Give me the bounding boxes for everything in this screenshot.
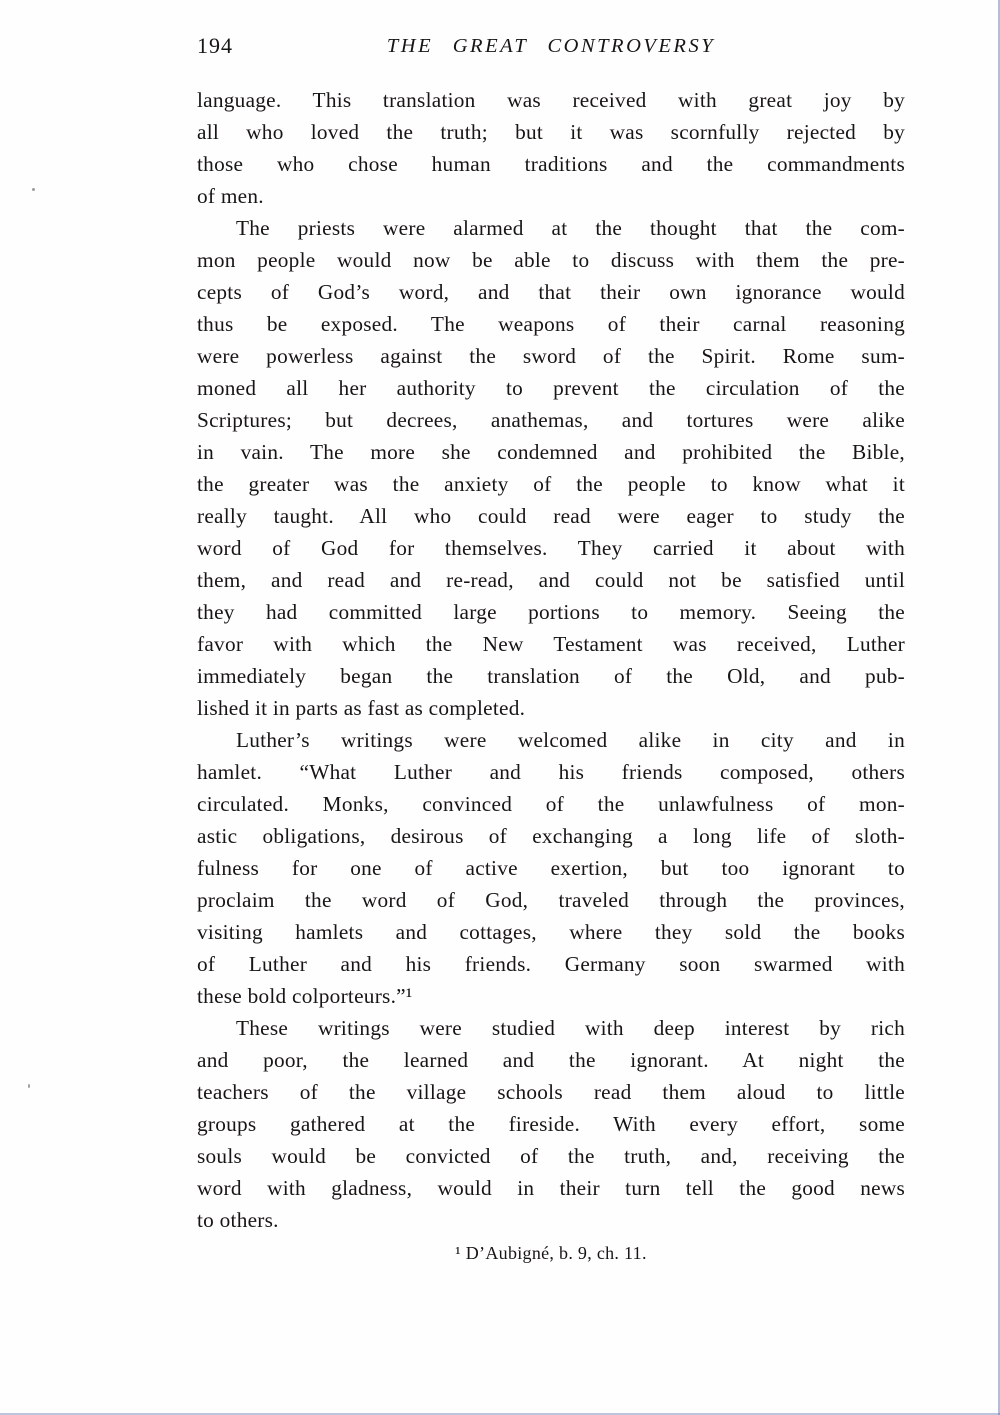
text-line: were powerless against the sword of the … (197, 340, 905, 372)
paragraph: These writings were studied with deep in… (197, 1012, 905, 1236)
text-line: These writings were studied with deep in… (197, 1012, 905, 1044)
paragraph: language. This translation was received … (197, 84, 905, 212)
text-line: souls would be convicted of the truth, a… (197, 1140, 905, 1172)
text-line: really taught. All who could read were e… (197, 500, 905, 532)
text-line: circulated. Monks, convinced of the unla… (197, 788, 905, 820)
text-line: visiting hamlets and cottages, where the… (197, 916, 905, 948)
text-line: Luther’s writings were welcomed alike in… (197, 724, 905, 756)
text-line: favor with which the New Testament was r… (197, 628, 905, 660)
text-line: mon people would now be able to discuss … (197, 244, 905, 276)
text-column: 194 THE GREAT CONTROVERSY language. This… (197, 33, 905, 1264)
text-line: moned all her authority to prevent the c… (197, 372, 905, 404)
text-line: in vain. The more she condemned and proh… (197, 436, 905, 468)
text-line: groups gathered at the fireside. With ev… (197, 1108, 905, 1140)
text-line: word of God for themselves. They carried… (197, 532, 905, 564)
paragraph: Luther’s writings were welcomed alike in… (197, 724, 905, 1012)
text-line: word with gladness, would in their turn … (197, 1172, 905, 1204)
text-line: they had committed large portions to mem… (197, 596, 905, 628)
body-text: language. This translation was received … (197, 84, 905, 1236)
text-line: The priests were alarmed at the thought … (197, 212, 905, 244)
text-line: to others. (197, 1204, 905, 1236)
text-line: hamlet. “What Luther and his friends com… (197, 756, 905, 788)
text-line: these bold colporteurs.”¹ (197, 980, 905, 1012)
text-line: immediately began the translation of the… (197, 660, 905, 692)
text-line: proclaim the word of God, traveled throu… (197, 884, 905, 916)
text-line: astic obligations, desirous of exchangin… (197, 820, 905, 852)
text-line: all who loved the truth; but it was scor… (197, 116, 905, 148)
text-line: those who chose human traditions and the… (197, 148, 905, 180)
text-line: fulness for one of active exertion, but … (197, 852, 905, 884)
text-line: and poor, the learned and the ignorant. … (197, 1044, 905, 1076)
text-line: lished it in parts as fast as completed. (197, 692, 905, 724)
book-page-scan: 194 THE GREAT CONTROVERSY language. This… (0, 0, 1000, 1415)
footnote: ¹ D’Aubigné, b. 9, ch. 11. (197, 1243, 905, 1264)
text-line: of men. (197, 180, 905, 212)
text-line: teachers of the village schools read the… (197, 1076, 905, 1108)
running-head: 194 THE GREAT CONTROVERSY (197, 33, 905, 84)
running-title: THE GREAT CONTROVERSY (197, 35, 905, 58)
text-line: cepts of God’s word, and that their own … (197, 276, 905, 308)
text-line: thus be exposed. The weapons of their ca… (197, 308, 905, 340)
text-line: language. This translation was received … (197, 84, 905, 116)
text-line: Scriptures; but decrees, anathemas, and … (197, 404, 905, 436)
text-line: the greater was the anxiety of the peopl… (197, 468, 905, 500)
scan-speck (32, 188, 35, 191)
text-line: of Luther and his friends. Germany soon … (197, 948, 905, 980)
text-line: them, and read and re-read, and could no… (197, 564, 905, 596)
paragraph: The priests were alarmed at the thought … (197, 212, 905, 724)
scan-speck (28, 1084, 30, 1088)
